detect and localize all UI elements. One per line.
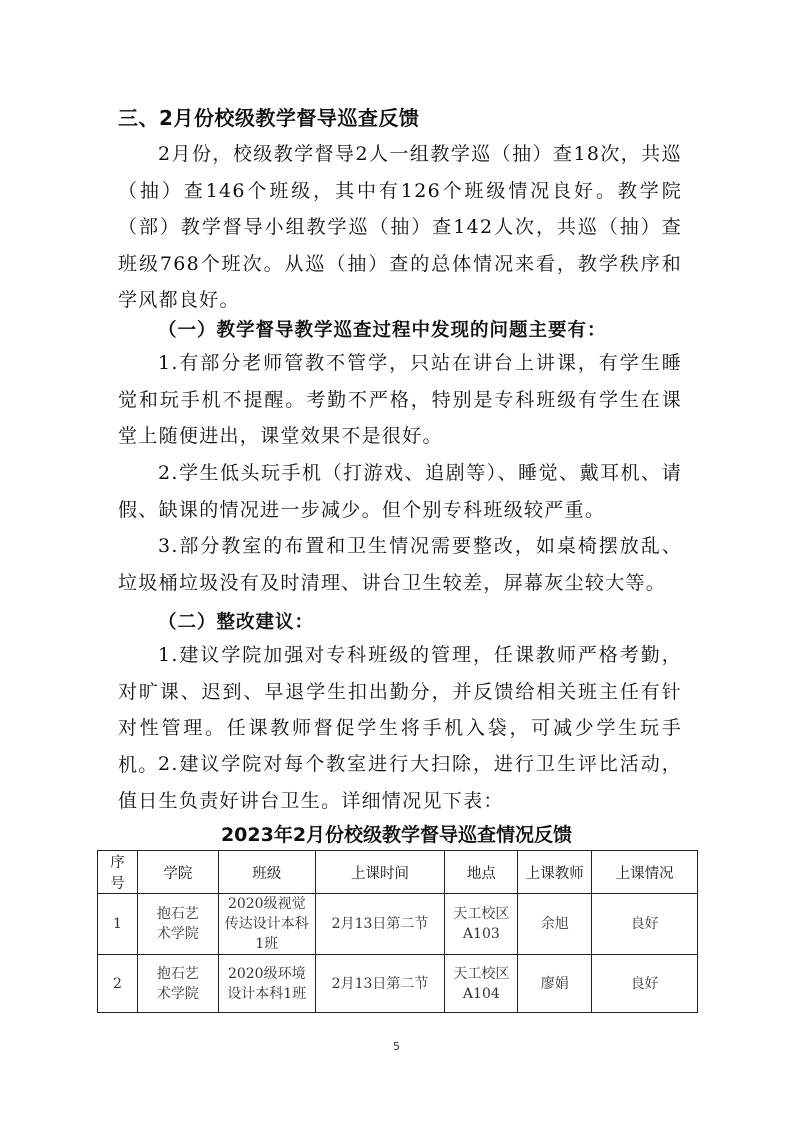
cell-teacher: 余旭 bbox=[518, 894, 592, 955]
header-teacher: 上课教师 bbox=[518, 851, 592, 894]
inspection-table: 序号 学院 班级 上课时间 地点 上课教师 上课情况 1 抱石艺术学院 2020… bbox=[97, 850, 698, 1013]
section-heading: 三、2月份校级教学督导巡查反馈 bbox=[118, 102, 419, 131]
cell-teacher: 廖娟 bbox=[518, 955, 592, 1013]
problem-item-2: 2.学生低头玩手机（打游戏、追剧等）、睡觉、戴耳机、请假、缺课的情况进一步减少。… bbox=[118, 455, 682, 528]
cell-college: 抱石艺术学院 bbox=[137, 955, 218, 1013]
cell-status: 良好 bbox=[592, 894, 698, 955]
cell-location: 天工校区A104 bbox=[445, 955, 518, 1013]
table-row: 2 抱石艺术学院 2020级环境设计本科1班 2月13日第二节 天工校区A104… bbox=[98, 955, 698, 1013]
page-number: 5 bbox=[0, 1040, 793, 1053]
header-class: 班级 bbox=[218, 851, 315, 894]
cell-class: 2020级环境设计本科1班 bbox=[218, 955, 315, 1013]
cell-status: 良好 bbox=[592, 955, 698, 1013]
cell-index: 1 bbox=[98, 894, 138, 955]
cell-class: 2020级视觉传达设计本科1班 bbox=[218, 894, 315, 955]
document-page: 三、2月份校级教学督导巡查反馈 2月份，校级教学督导2人一组教学巡（抽）查18次… bbox=[0, 0, 793, 1122]
table-header-row: 序号 学院 班级 上课时间 地点 上课教师 上课情况 bbox=[98, 851, 698, 894]
header-time: 上课时间 bbox=[315, 851, 445, 894]
header-status: 上课情况 bbox=[592, 851, 698, 894]
suggestion-item-2: 2.建议学院对每个教室进行大扫除，进行卫生评比活动，值日生负责好讲台卫生。详细情… bbox=[118, 746, 682, 819]
table-row: 1 抱石艺术学院 2020级视觉传达设计本科1班 2月13日第二节 天工校区A1… bbox=[98, 894, 698, 955]
intro-paragraph: 2月份，校级教学督导2人一组教学巡（抽）查18次，共巡（抽）查146个班级，其中… bbox=[118, 136, 682, 319]
table-title: 2023年2月份校级教学督导巡查情况反馈 bbox=[0, 820, 793, 847]
cell-time: 2月13日第二节 bbox=[315, 894, 445, 955]
header-index: 序号 bbox=[98, 851, 138, 894]
header-location: 地点 bbox=[445, 851, 518, 894]
cell-college: 抱石艺术学院 bbox=[137, 894, 218, 955]
header-college: 学院 bbox=[137, 851, 218, 894]
cell-index: 2 bbox=[98, 955, 138, 1013]
suggestions-heading: （二）整改建议： bbox=[158, 608, 314, 634]
cell-location: 天工校区A103 bbox=[445, 894, 518, 955]
problems-heading: （一）教学督导教学巡查过程中发现的问题主要有： bbox=[158, 316, 607, 342]
problem-item-1: 1.有部分老师管教不管学，只站在讲台上讲课，有学生睡觉和玩手机不提醒。考勤不严格… bbox=[118, 345, 682, 455]
problem-item-3: 3.部分教室的布置和卫生情况需要整改，如桌椅摆放乱、垃圾桶垃圾没有及时清理、讲台… bbox=[118, 528, 682, 601]
cell-time: 2月13日第二节 bbox=[315, 955, 445, 1013]
